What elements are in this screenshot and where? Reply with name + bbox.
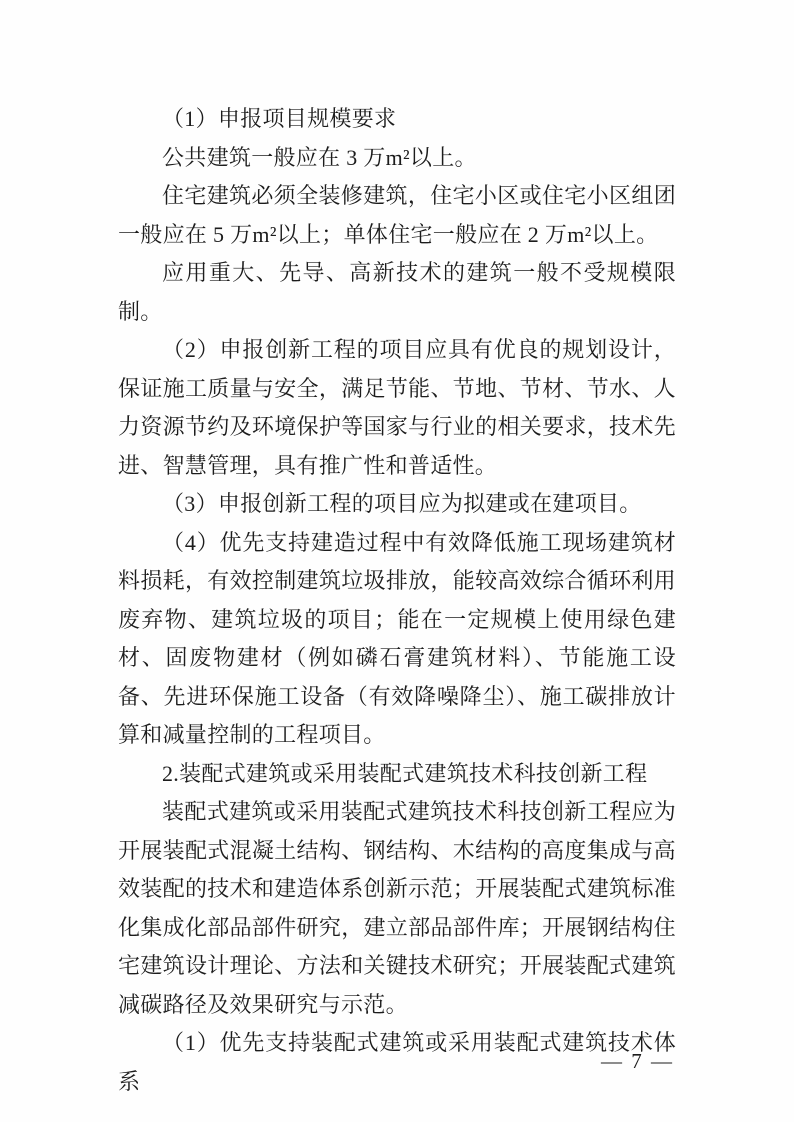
document-body: （1）申报项目规模要求 公共建筑一般应在 3 万m²以上。 住宅建筑必须全装修建… [118, 100, 676, 1101]
paragraph: （3）申报创新工程的项目应为拟建或在建项目。 [118, 485, 676, 524]
paragraph: 装配式建筑或采用装配式建筑技术科技创新工程应为开展装配式混凝土结构、钢结构、木结… [118, 793, 676, 1024]
document-page: （1）申报项目规模要求 公共建筑一般应在 3 万m²以上。 住宅建筑必须全装修建… [0, 0, 794, 1122]
paragraph: 公共建筑一般应在 3 万m²以上。 [118, 139, 676, 178]
page-number: — 7 — [601, 1049, 674, 1074]
paragraph: 2.装配式建筑或采用装配式建筑技术科技创新工程 [118, 755, 676, 794]
paragraph: （1）优先支持装配式建筑或采用装配式建筑技术体系 [118, 1024, 676, 1101]
paragraph: （1）申报项目规模要求 [118, 100, 676, 139]
paragraph: 应用重大、先导、高新技术的建筑一般不受规模限制。 [118, 254, 676, 331]
paragraph: （4）优先支持建造过程中有效降低施工现场建筑材料损耗，有效控制建筑垃圾排放，能较… [118, 524, 676, 755]
paragraph: （2）申报创新工程的项目应具有优良的规划设计，保证施工质量与安全，满足节能、节地… [118, 331, 676, 485]
paragraph: 住宅建筑必须全装修建筑，住宅小区或住宅小区组团一般应在 5 万m²以上；单体住宅… [118, 177, 676, 254]
